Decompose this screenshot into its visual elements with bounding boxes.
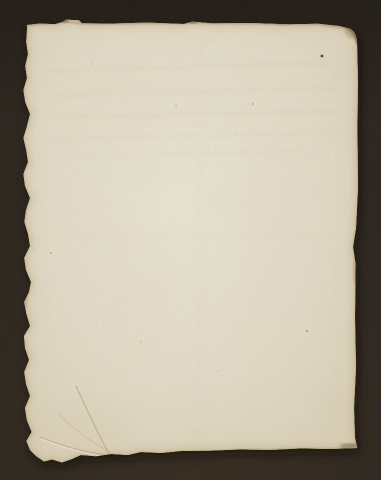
archival-scan xyxy=(0,0,381,480)
fleck xyxy=(50,252,52,254)
fleck xyxy=(91,63,92,64)
fleck xyxy=(140,341,142,343)
paper-surface-details xyxy=(0,0,381,480)
fleck xyxy=(321,55,324,58)
fleck xyxy=(252,103,254,105)
bottom-left-shade xyxy=(40,404,130,456)
fleck xyxy=(175,105,177,107)
fleck xyxy=(217,370,219,372)
fleck xyxy=(306,330,308,332)
scan-canvas xyxy=(0,0,381,480)
fleck xyxy=(309,159,310,160)
paper-grain-texture xyxy=(0,0,381,480)
